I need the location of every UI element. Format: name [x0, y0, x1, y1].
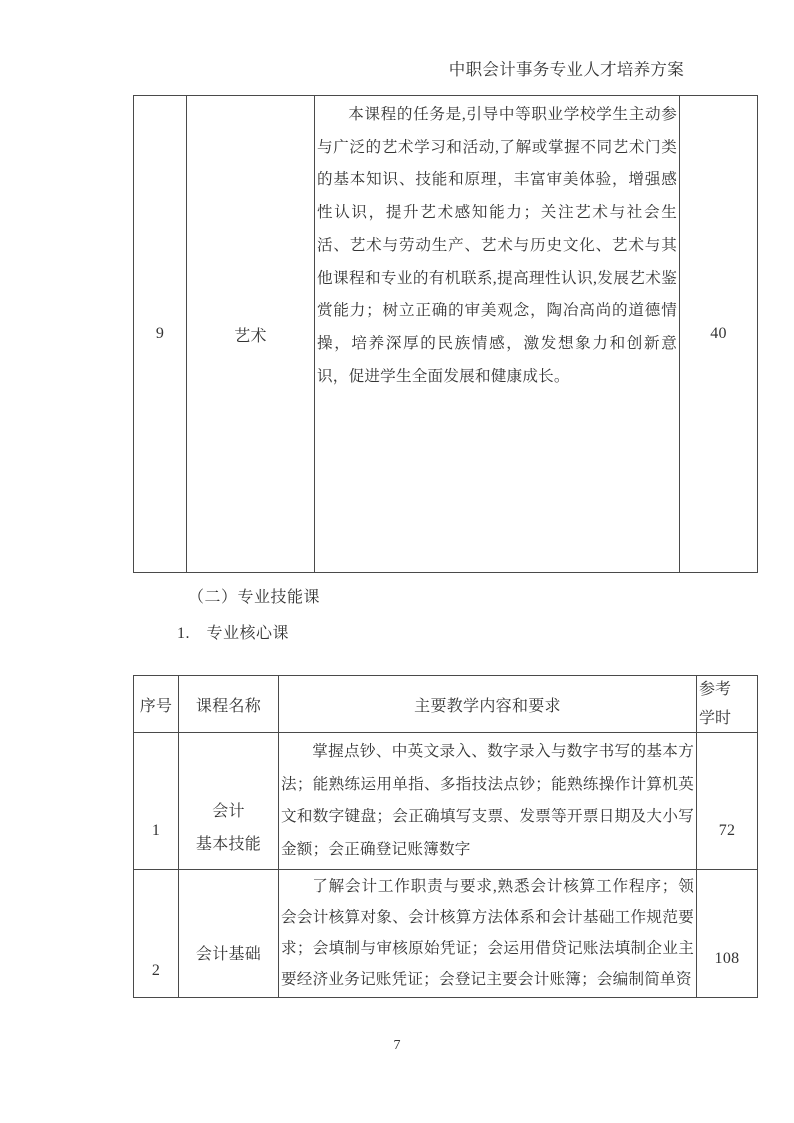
course-name-cell: 会计 基本技能 [178, 733, 278, 869]
row-number-cell: 2 [134, 870, 178, 997]
course-name-cell: 会计基础 [178, 870, 278, 997]
table-header-row: 序号 课程名称 主要教学内容和要求 参考 学时 [134, 676, 757, 732]
header-hours-line1: 参考 [699, 676, 731, 704]
core-courses-table: 序号 课程名称 主要教学内容和要求 参考 学时 1 会计 基本技能 掌握点钞、中… [133, 675, 758, 998]
header-number-cell: 序号 [134, 676, 178, 732]
header-hours-cell: 参考 学时 [696, 676, 757, 732]
row-number: 1 [152, 814, 160, 847]
header-content-cell: 主要教学内容和要求 [278, 676, 696, 732]
course-name-line1: 会计基础 [196, 938, 261, 971]
course-name-line2: 基本技能 [196, 828, 261, 861]
row-number-cell: 9 [134, 96, 186, 572]
row-number-cell: 1 [134, 733, 178, 869]
header-hours-line2: 学时 [699, 704, 731, 732]
running-header-title: 中职会计事务专业人才培养方案 [449, 56, 684, 80]
table-row: 1 会计 基本技能 掌握点钞、中英文录入、数字录入与数字书写的基本方法；能熟练运… [134, 732, 757, 869]
course-name-cell: 艺术 [186, 96, 314, 572]
course-description-cell: 了解会计工作职责与要求,熟悉会计核算工作程序；领会会计核算对象、会计核算方法体系… [278, 870, 696, 997]
document-page: 中职会计事务专业人才培养方案 9 艺术 本课程的任务是,引导中等职业学校学生主动… [0, 0, 794, 1123]
general-courses-table: 9 艺术 本课程的任务是,引导中等职业学校学生主动参与广泛的艺术学习和活动,了解… [133, 95, 758, 573]
course-hours-cell: 72 [696, 733, 757, 869]
course-hours: 72 [719, 814, 736, 847]
section-heading: （二）专业技能课 [188, 584, 320, 607]
header-course-cell: 课程名称 [178, 676, 278, 732]
table-row: 2 会计基础 了解会计工作职责与要求,熟悉会计核算工作程序；领会会计核算对象、会… [134, 869, 757, 997]
course-name-line1: 会计 [212, 795, 245, 828]
course-hours: 108 [715, 942, 740, 975]
course-description-cell: 本课程的任务是,引导中等职业学校学生主动参与广泛的艺术学习和活动,了解或掌握不同… [314, 96, 679, 572]
table-row: 9 艺术 本课程的任务是,引导中等职业学校学生主动参与广泛的艺术学习和活动,了解… [134, 96, 757, 572]
course-hours-cell: 40 [679, 96, 757, 572]
course-description-cell: 掌握点钞、中英文录入、数字录入与数字书写的基本方法；能熟练运用单指、多指技法点钞… [278, 733, 696, 869]
row-number: 2 [152, 954, 160, 987]
course-hours-cell: 108 [696, 870, 757, 997]
page-number: 7 [0, 1038, 794, 1054]
subsection-heading: 1. 专业核心课 [177, 620, 289, 643]
